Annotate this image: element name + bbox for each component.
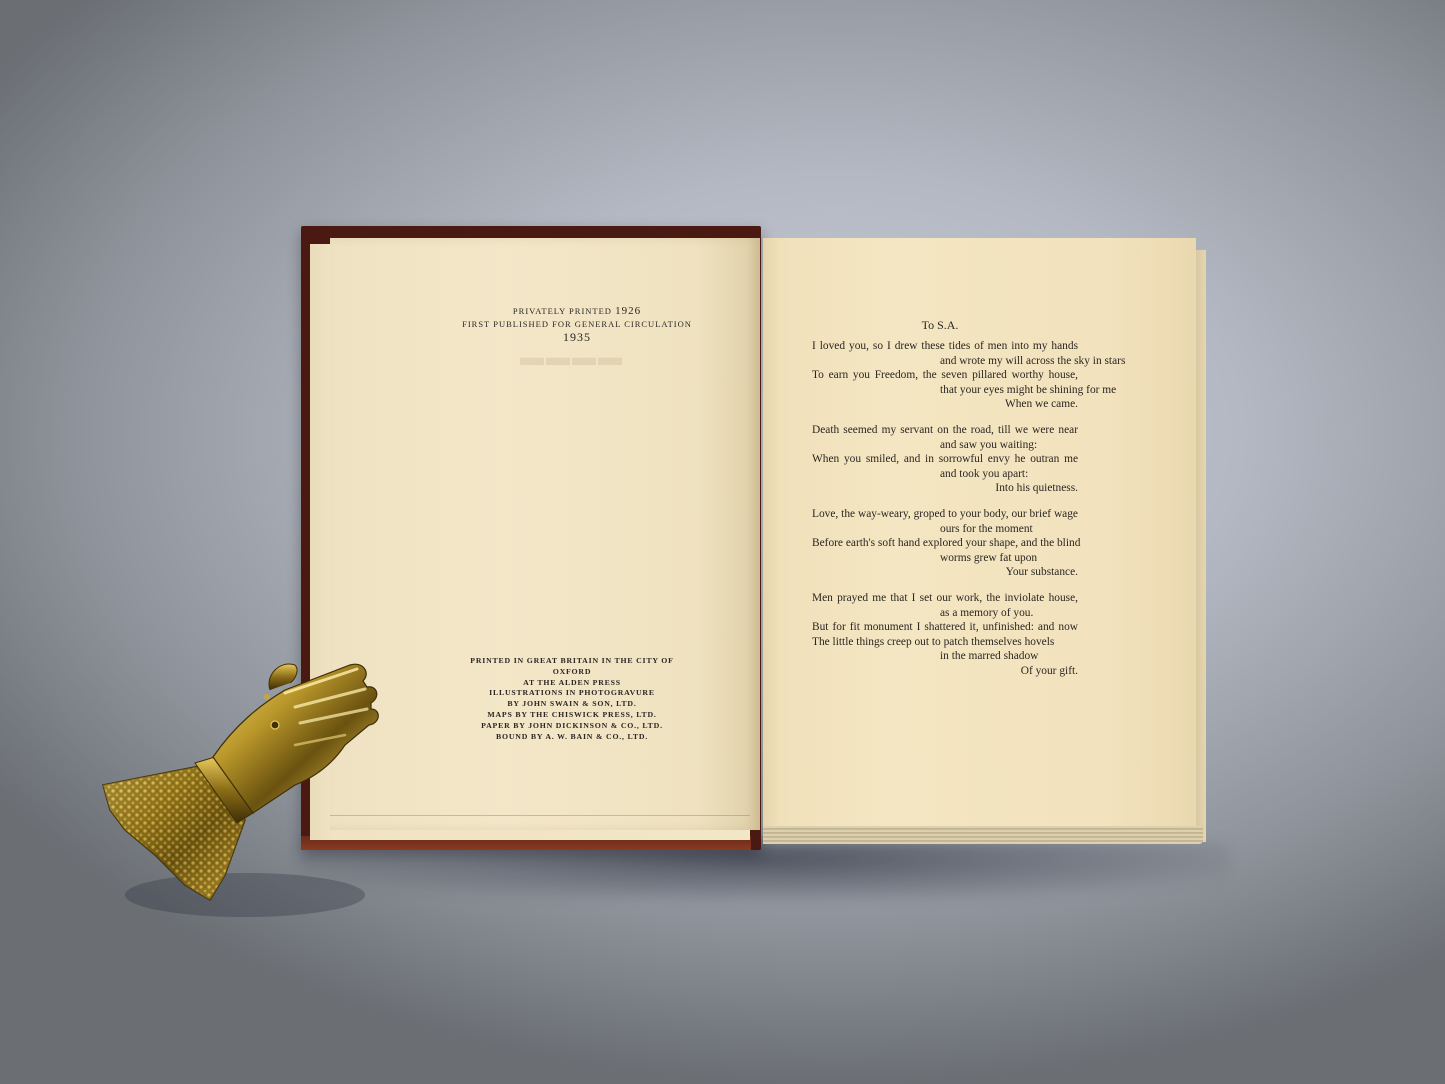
colophon-line: at the Alden Press: [465, 678, 679, 689]
poem-line: I loved you, so I drew these tides of me…: [812, 339, 1078, 354]
colophon-line: Printed in Great Britain in the City of …: [465, 656, 679, 678]
poem-line: as a memory of you.: [812, 606, 1078, 621]
poem-line: Men prayed me that I set our work, the i…: [812, 591, 1078, 606]
dedication-title: To S.A.: [900, 318, 980, 333]
show-through-text: ▬▬▬▬: [520, 345, 624, 372]
photo-scene: Privately Printed 1926 First Published f…: [0, 0, 1445, 1084]
dedication-poem: I loved you, so I drew these tides of me…: [812, 339, 1078, 689]
poem-line: Of your gift.: [812, 664, 1078, 679]
poem-line: and took you apart:: [812, 467, 1078, 482]
poem-line: Into his quietness.: [812, 481, 1078, 496]
poem-line: in the marred shadow: [812, 649, 1078, 664]
poem-line: The little things creep out to patch the…: [812, 635, 1078, 650]
poem-line: Love, the way-weary, groped to your body…: [812, 507, 1078, 522]
poem-stanza: Men prayed me that I set our work, the i…: [812, 591, 1078, 679]
imprint-line-1: Privately Printed 1926: [462, 305, 692, 318]
page-stack: [763, 826, 1203, 844]
poem-line: But for fit monument I shattered it, unf…: [812, 620, 1078, 635]
poem-line: When we came.: [812, 397, 1078, 412]
poem-line: that your eyes might be shining for me: [812, 383, 1078, 398]
colophon-line: Paper by John Dickinson & Co., Ltd.: [465, 721, 679, 732]
poem-line: Before earth's soft hand explored your s…: [812, 536, 1078, 551]
colophon-line: Maps by the Chiswick Press, Ltd.: [465, 710, 679, 721]
poem-line: worms grew fat upon: [812, 551, 1078, 566]
colophon-line: Bound by A. W. Bain & Co., Ltd.: [465, 732, 679, 743]
poem-line: When you smiled, and in sorrowful envy h…: [812, 452, 1078, 467]
printer-colophon: Printed in Great Britain in the City of …: [465, 656, 679, 742]
poem-line: Your substance.: [812, 565, 1078, 580]
colophon-line: Illustrations in Photogravure: [465, 688, 679, 699]
page-block-edge: [1196, 250, 1206, 842]
imprint-year: 1935: [462, 331, 692, 344]
poem-line: and saw you waiting:: [812, 438, 1078, 453]
poem-line: Death seemed my servant on the road, til…: [812, 423, 1078, 438]
poem-stanza: I loved you, so I drew these tides of me…: [812, 339, 1078, 412]
brass-hand-clip-icon: [95, 645, 395, 935]
poem-line: and wrote my will across the sky in star…: [812, 354, 1078, 369]
imprint-top: Privately Printed 1926 First Published f…: [462, 305, 692, 344]
poem-line: To earn you Freedom, the seven pillared …: [812, 368, 1078, 383]
poem-line: ours for the moment: [812, 522, 1078, 537]
poem-stanza: Love, the way-weary, groped to your body…: [812, 507, 1078, 580]
colophon-line: by John Swain & Son, Ltd.: [465, 699, 679, 710]
poem-stanza: Death seemed my servant on the road, til…: [812, 423, 1078, 496]
